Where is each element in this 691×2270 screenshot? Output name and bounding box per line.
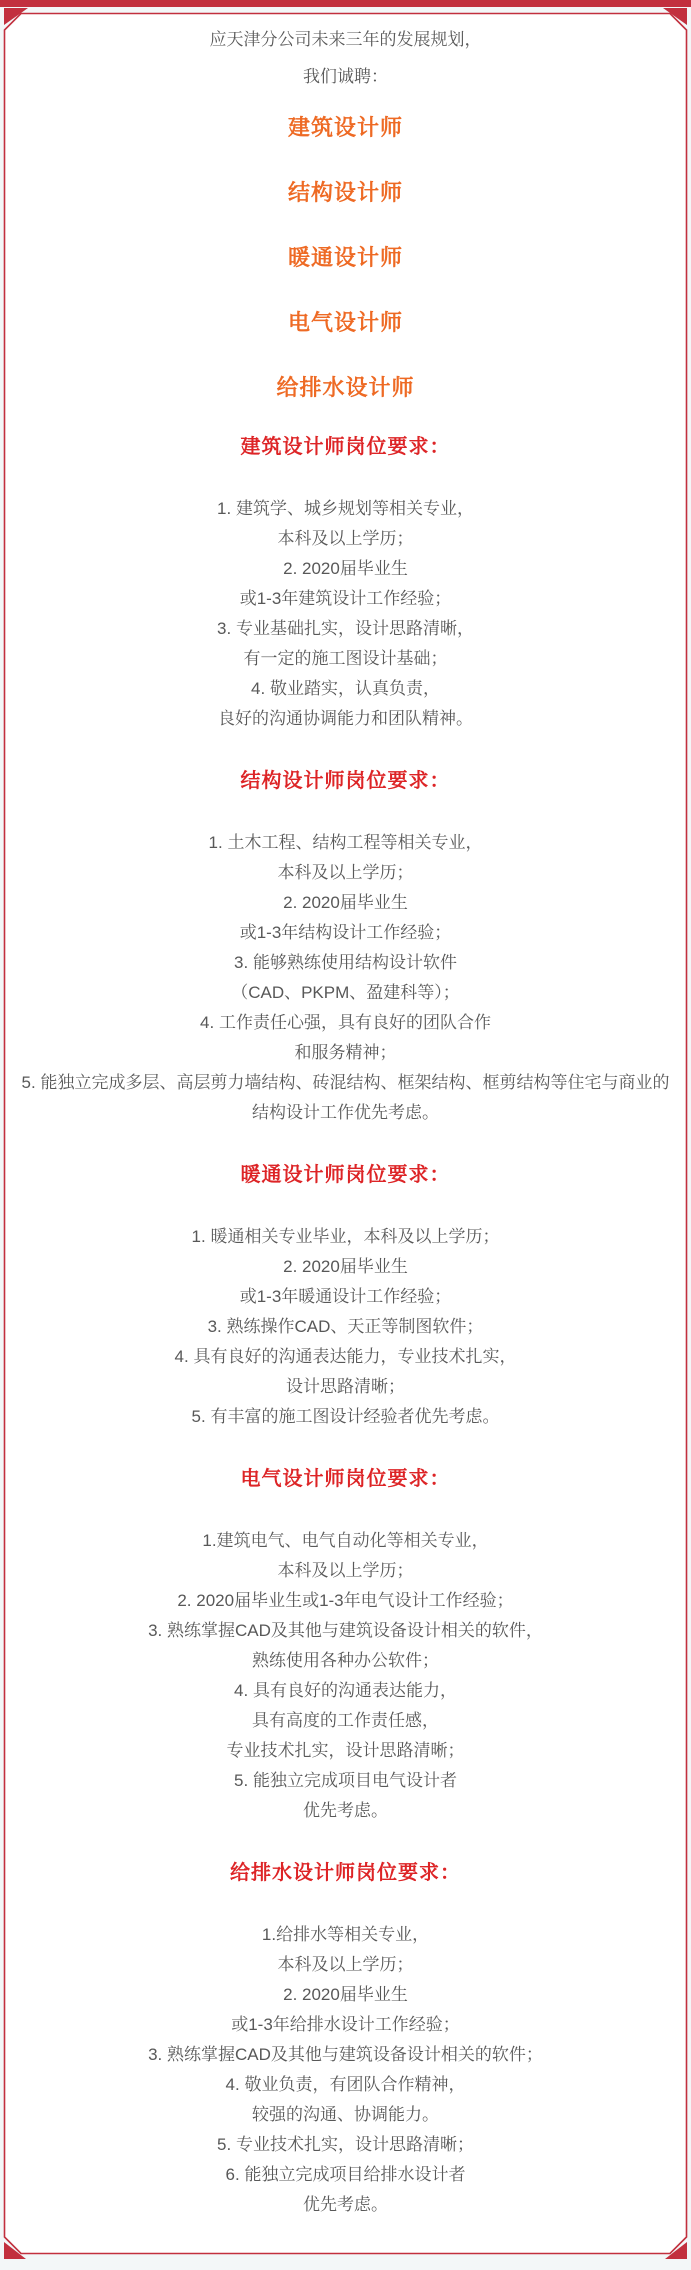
requirement-line: 5. 能独立完成项目电气设计者 bbox=[10, 1766, 681, 1796]
requirement-line: 3. 熟练掌握CAD及其他与建筑设备设计相关的软件， bbox=[10, 1616, 681, 1646]
requirement-line: 结构设计工作优先考虑。 bbox=[10, 1098, 681, 1128]
job-requirements-section: 建筑设计师岗位要求：1. 建筑学、城乡规划等相关专业，本科及以上学历；2. 20… bbox=[10, 432, 681, 734]
job-requirements-section: 给排水设计师岗位要求：1.给排水等相关专业，本科及以上学历；2. 2020届毕业… bbox=[10, 1858, 681, 2220]
requirement-line: 优先考虑。 bbox=[10, 2190, 681, 2220]
requirement-line: 或1-3年结构设计工作经验； bbox=[10, 918, 681, 948]
requirement-line: 5. 能独立完成多层、高层剪力墙结构、砖混结构、框架结构、框剪结构等住宅与商业的 bbox=[10, 1068, 681, 1098]
requirement-line: 2. 2020届毕业生 bbox=[10, 1980, 681, 2010]
job-requirements-section: 电气设计师岗位要求：1.建筑电气、电气自动化等相关专业，本科及以上学历；2. 2… bbox=[10, 1464, 681, 1826]
requirement-line: 2. 2020届毕业生 bbox=[10, 888, 681, 918]
requirement-line: 本科及以上学历； bbox=[10, 1950, 681, 1980]
requirement-line: 5. 专业技术扎实，设计思路清晰； bbox=[10, 2130, 681, 2160]
requirement-line: 1.给排水等相关专业， bbox=[10, 1920, 681, 1950]
requirement-line: 3. 熟练操作CAD、天正等制图软件； bbox=[10, 1312, 681, 1342]
requirement-line: 有一定的施工图设计基础； bbox=[10, 644, 681, 674]
requirement-line: 4. 敬业负责，有团队合作精神， bbox=[10, 2070, 681, 2100]
intro-line: 我们诚聘： bbox=[10, 58, 681, 95]
intro-line: 应天津分公司未来三年的发展规划， bbox=[10, 21, 681, 58]
job-titles-list: 建筑设计师结构设计师暖通设计师电气设计师给排水设计师 bbox=[10, 95, 681, 420]
requirement-line: 6. 能独立完成项目给排水设计者 bbox=[10, 2160, 681, 2190]
section-heading: 结构设计师岗位要求： bbox=[10, 766, 681, 796]
job-title: 暖通设计师 bbox=[10, 225, 681, 290]
requirement-line: 1.建筑电气、电气自动化等相关专业， bbox=[10, 1526, 681, 1556]
requirement-line: 或1-3年给排水设计工作经验； bbox=[10, 2010, 681, 2040]
requirement-line: 1. 建筑学、城乡规划等相关专业， bbox=[10, 494, 681, 524]
requirement-line: 或1-3年暖通设计工作经验； bbox=[10, 1282, 681, 1312]
section-heading: 给排水设计师岗位要求： bbox=[10, 1858, 681, 1888]
article-content: 应天津分公司未来三年的发展规划，我们诚聘： 建筑设计师结构设计师暖通设计师电气设… bbox=[0, 0, 691, 2270]
requirement-line: 本科及以上学历； bbox=[10, 858, 681, 888]
section-heading: 暖通设计师岗位要求： bbox=[10, 1160, 681, 1190]
requirement-line: 1. 土木工程、结构工程等相关专业， bbox=[10, 828, 681, 858]
requirement-line: 3. 专业基础扎实，设计思路清晰， bbox=[10, 614, 681, 644]
job-requirements-section: 结构设计师岗位要求：1. 土木工程、结构工程等相关专业，本科及以上学历；2. 2… bbox=[10, 766, 681, 1128]
requirement-line: 熟练使用各种办公软件； bbox=[10, 1646, 681, 1676]
requirement-line: 4. 敬业踏实，认真负责， bbox=[10, 674, 681, 704]
requirement-line: 良好的沟通协调能力和团队精神。 bbox=[10, 704, 681, 734]
job-title: 电气设计师 bbox=[10, 290, 681, 355]
requirement-line: 2. 2020届毕业生或1-3年电气设计工作经验； bbox=[10, 1586, 681, 1616]
requirement-line: （CAD、PKPM、盈建科等）； bbox=[10, 978, 681, 1008]
requirement-sections: 建筑设计师岗位要求：1. 建筑学、城乡规划等相关专业，本科及以上学历；2. 20… bbox=[10, 432, 681, 2220]
job-title: 给排水设计师 bbox=[10, 355, 681, 420]
job-requirements-section: 暖通设计师岗位要求：1. 暖通相关专业毕业，本科及以上学历；2. 2020届毕业… bbox=[10, 1160, 681, 1432]
requirement-line: 和服务精神； bbox=[10, 1038, 681, 1068]
job-title: 建筑设计师 bbox=[10, 95, 681, 160]
requirement-line: 或1-3年建筑设计工作经验； bbox=[10, 584, 681, 614]
requirement-line: 具有高度的工作责任感， bbox=[10, 1706, 681, 1736]
requirement-line: 5. 有丰富的施工图设计经验者优先考虑。 bbox=[10, 1402, 681, 1432]
requirement-line: 4. 具有良好的沟通表达能力， bbox=[10, 1676, 681, 1706]
requirement-line: 专业技术扎实，设计思路清晰； bbox=[10, 1736, 681, 1766]
requirement-line: 较强的沟通、协调能力。 bbox=[10, 2100, 681, 2130]
requirement-line: 4. 具有良好的沟通表达能力，专业技术扎实， bbox=[10, 1342, 681, 1372]
section-heading: 电气设计师岗位要求： bbox=[10, 1464, 681, 1494]
requirement-line: 3. 熟练掌握CAD及其他与建筑设备设计相关的软件； bbox=[10, 2040, 681, 2070]
intro-block: 应天津分公司未来三年的发展规划，我们诚聘： bbox=[10, 0, 681, 95]
job-title: 结构设计师 bbox=[10, 160, 681, 225]
requirement-line: 3. 能够熟练使用结构设计软件 bbox=[10, 948, 681, 978]
recruitment-card: 应天津分公司未来三年的发展规划，我们诚聘： 建筑设计师结构设计师暖通设计师电气设… bbox=[0, 0, 691, 2270]
requirement-line: 设计思路清晰； bbox=[10, 1372, 681, 1402]
requirement-line: 优先考虑。 bbox=[10, 1796, 681, 1826]
requirement-line: 1. 暖通相关专业毕业，本科及以上学历； bbox=[10, 1222, 681, 1252]
requirement-line: 本科及以上学历； bbox=[10, 524, 681, 554]
requirement-line: 2. 2020届毕业生 bbox=[10, 554, 681, 584]
requirement-line: 2. 2020届毕业生 bbox=[10, 1252, 681, 1282]
requirement-line: 4. 工作责任心强，具有良好的团队合作 bbox=[10, 1008, 681, 1038]
requirement-line: 本科及以上学历； bbox=[10, 1556, 681, 1586]
section-heading: 建筑设计师岗位要求： bbox=[10, 432, 681, 462]
